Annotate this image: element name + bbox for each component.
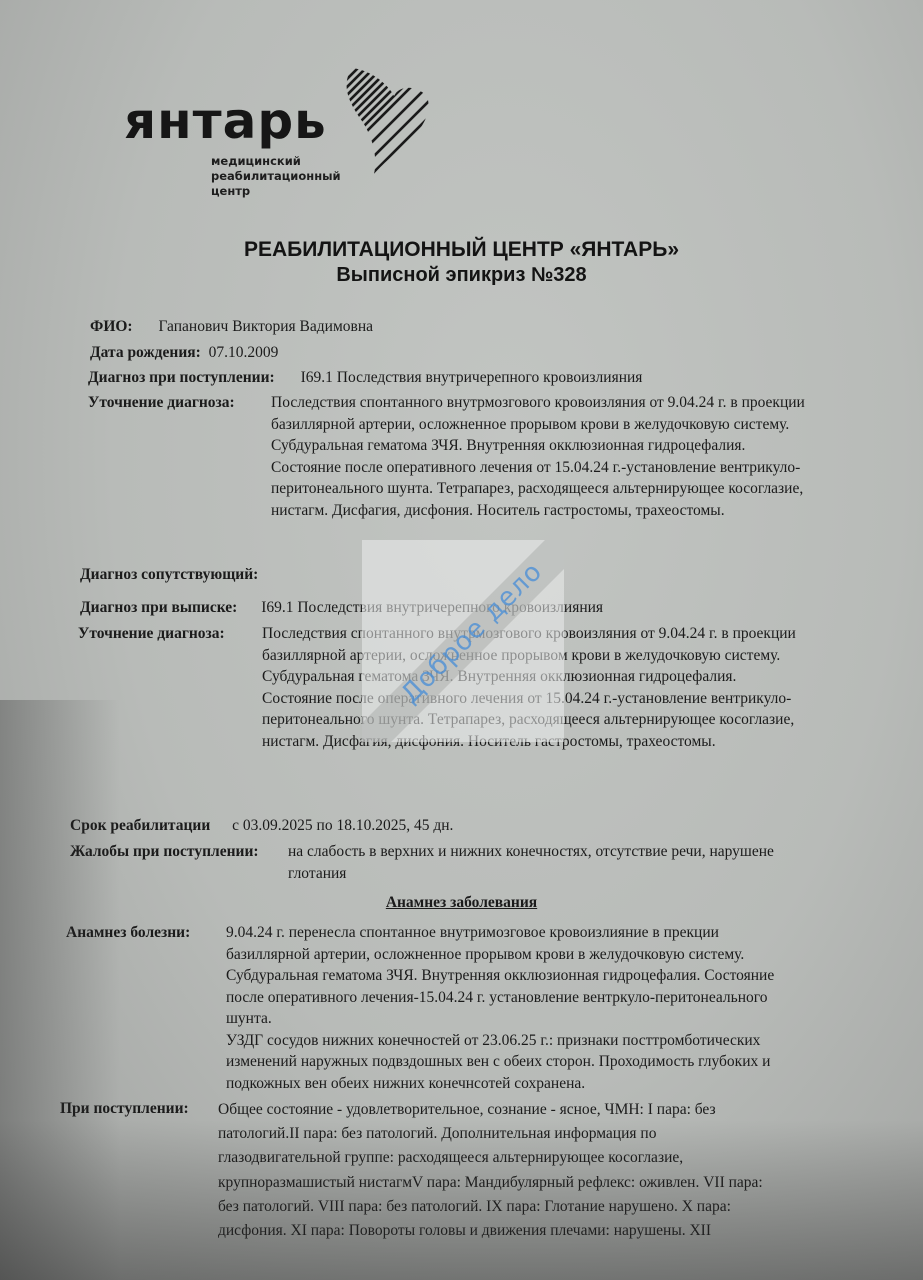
text-line: нистагм. Дисфагия, дисфония. Носитель га… xyxy=(262,731,796,753)
dob-row: Дата рождения: 07.10.2009 xyxy=(90,342,278,363)
document-page: янтарь xyxy=(0,0,923,1280)
text-line: Состояние после оперативного лечения от … xyxy=(262,688,796,710)
text-line: Субдуральная гематома ЗЧЯ. Внутренняя ок… xyxy=(226,965,774,987)
text-line: УЗДГ сосудов нижних конечностей от 23.06… xyxy=(226,1030,774,1052)
text-line: на слабость в верхних и нижних конечност… xyxy=(288,841,774,863)
text-line: после оперативного лечения-15.04.24 г. у… xyxy=(226,987,774,1009)
text-line: изменений наружных подвздошных вен с обе… xyxy=(226,1051,774,1073)
logo-wordmark: янтарь xyxy=(124,96,327,146)
rehab-period-label: Срок реабилитации xyxy=(70,817,210,834)
concomitant-diagnosis-label: Диагноз сопутствующий: xyxy=(80,566,258,583)
discharge-refinement-label: Уточнение диагноза: xyxy=(78,625,225,642)
complaints-label: Жалобы при поступлении: xyxy=(70,843,259,860)
logo-subtitle-line: медицинский xyxy=(211,154,341,169)
dob-value: 07.10.2009 xyxy=(209,344,279,361)
text-line: Состояние после оперативного лечения от … xyxy=(271,457,805,479)
admission-refinement-text: Последствия спонтанного внутрмозгового к… xyxy=(271,392,805,521)
anamnesis-text: 9.04.24 г. перенесла спонтанное внутримо… xyxy=(226,922,774,1094)
rehab-period-row: Срок реабилитации с 03.09.2025 по 18.10.… xyxy=(70,815,453,836)
on-admission-text: Общее состояние - удовлетворительное, со… xyxy=(218,1098,763,1243)
admission-refinement-label: Уточнение диагноза: xyxy=(88,394,235,411)
anamnesis-label: Анамнез болезни: xyxy=(66,924,190,941)
discharge-refinement-text: Последствия спонтанного внутрмозгового к… xyxy=(262,623,796,752)
complaints-text: на слабость в верхних и нижних конечност… xyxy=(288,841,774,884)
text-line: перитонеального шунта. Тетрапарез, расхо… xyxy=(262,709,796,731)
text-line: глазодвигательной группе: расходящееся а… xyxy=(218,1146,763,1170)
text-line: Общее состояние - удовлетворительное, со… xyxy=(218,1098,763,1122)
anamnesis-label-row: Анамнез болезни: xyxy=(66,922,190,943)
discharge-refinement-label-row: Уточнение диагноза: xyxy=(78,623,225,644)
fio-label: ФИО: xyxy=(90,318,133,335)
photo-shadow-left xyxy=(0,700,120,1280)
text-line: базиллярной артерии, осложненное прорыво… xyxy=(226,944,774,966)
discharge-diagnosis-label: Диагноз при выписке: xyxy=(80,599,237,616)
amber-heart-icon xyxy=(332,66,432,176)
text-line: нистагм. Дисфагия, дисфония. Носитель га… xyxy=(271,500,805,522)
admission-diagnosis-label: Диагноз при поступлении: xyxy=(88,369,275,386)
discharge-diagnosis-value: I69.1 Последствия внутричерепного кровои… xyxy=(261,599,603,616)
concomitant-diagnosis-row: Диагноз сопутствующий: xyxy=(80,564,258,585)
logo-subtitle-line: реабилитационный xyxy=(211,169,341,184)
fio-row: ФИО: Гапанович Виктория Вадимовна xyxy=(90,316,373,337)
text-line: Субдуральная гематома ЗЧЯ. Внутренняя ок… xyxy=(271,435,805,457)
complaints-label-row: Жалобы при поступлении: xyxy=(70,841,259,862)
text-line: 9.04.24 г. перенесла спонтанное внутримо… xyxy=(226,922,774,944)
text-line: шунта. xyxy=(226,1008,774,1030)
text-line: Последствия спонтанного внутрмозгового к… xyxy=(271,392,805,414)
on-admission-label-row: При поступлении: xyxy=(60,1098,189,1119)
logo-subtitle: медицинский реабилитационный центр xyxy=(211,154,341,199)
admission-diagnosis-row: Диагноз при поступлении: I69.1 Последств… xyxy=(88,367,642,388)
logo-subtitle-line: центр xyxy=(211,184,341,199)
anamnesis-section-title: Анамнез заболевания xyxy=(0,894,923,912)
text-line: глотания xyxy=(288,863,774,885)
rehab-period-value: с 03.09.2025 по 18.10.2025, 45 дн. xyxy=(232,817,453,834)
text-line: патологий.II пара: без патологий. Дополн… xyxy=(218,1122,763,1146)
text-line: базиллярной артерии, осложненное прорыво… xyxy=(271,414,805,436)
text-line: перитонеального шунта. Тетрапарез, расхо… xyxy=(271,478,805,500)
document-subtitle: Выписной эпикриз №328 xyxy=(0,264,923,287)
dob-label: Дата рождения: xyxy=(90,344,201,361)
logo: янтарь xyxy=(124,66,434,206)
on-admission-label: При поступлении: xyxy=(60,1100,189,1117)
text-line: Последствия спонтанного внутрмозгового к… xyxy=(262,623,796,645)
discharge-diagnosis-row: Диагноз при выписке: I69.1 Последствия в… xyxy=(80,597,603,618)
text-line: Субдуральная гематома ЗЧЯ. Внутренняя ок… xyxy=(262,666,796,688)
text-line: базиллярной артерии, осложненное прорыво… xyxy=(262,645,796,667)
text-line: подкожных вен обеих нижних конечнсотей с… xyxy=(226,1073,774,1095)
text-line: крупноразмашистый нистагмV пара: Мандибу… xyxy=(218,1171,763,1195)
text-line: без патологий. VIII пара: без патологий.… xyxy=(218,1195,763,1219)
fio-value: Гапанович Виктория Вадимовна xyxy=(158,318,373,335)
admission-diagnosis-value: I69.1 Последствия внутричерепного кровои… xyxy=(301,369,643,386)
admission-refinement-label-row: Уточнение диагноза: xyxy=(88,392,235,413)
text-line: дисфония. XI пара: Повороты головы и дви… xyxy=(218,1219,763,1243)
document-title: РЕАБИЛИТАЦИОННЫЙ ЦЕНТР «ЯНТАРЬ» xyxy=(0,238,923,262)
